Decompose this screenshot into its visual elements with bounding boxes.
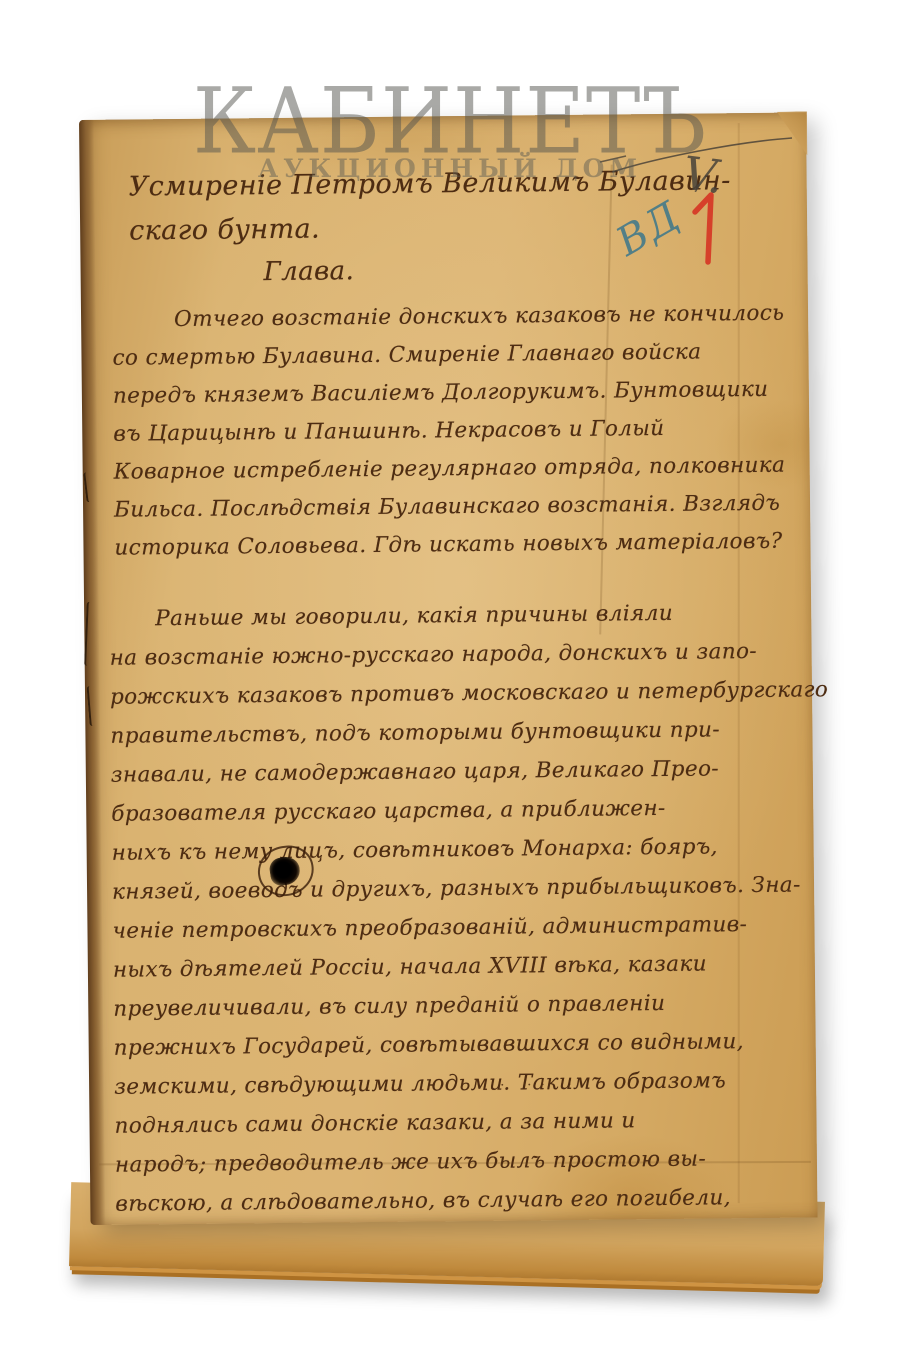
- manuscript-line: земскими, свѣдующими людьми. Такимъ обра…: [114, 1061, 778, 1107]
- summary-paragraph: Отчего возстаніе донскихъ казаковъ не ко…: [112, 295, 773, 568]
- manuscript-line: историка Соловьева. Гдѣ искать новыхъ ма…: [114, 523, 772, 568]
- body-paragraph: Раньше мы говорили, какія причины вліяли…: [109, 593, 779, 1224]
- manuscript-line: вѣскою, а слѣдовательно, въ случаѣ его п…: [115, 1178, 779, 1224]
- manuscript-title-line: скаго бунта.: [129, 203, 769, 254]
- manuscript-line: ныхъ дѣятелей Россіи, начала XVIII вѣка,…: [113, 944, 777, 990]
- manuscript-page: Усмиреніе Петромъ Великимъ Булавин- скаг…: [82, 112, 818, 1225]
- manuscript-line: знавали, не самодержавнаго царя, Великаг…: [111, 749, 775, 795]
- manuscript-line: передъ княземъ Василіемъ Долгорукимъ. Бу…: [113, 371, 771, 416]
- ink-blot: [268, 855, 302, 887]
- handwritten-text-block: Усмиреніе Петромъ Великимъ Булавин- скаг…: [82, 112, 818, 1224]
- insertion-marks: · ·· ·: [500, 1077, 581, 1094]
- chapter-heading: Глава.: [263, 247, 769, 292]
- manuscript-title-line: Усмиреніе Петромъ Великимъ Булавин-: [128, 159, 768, 210]
- manuscript-photo: Усмиреніе Петромъ Великимъ Булавин- скаг…: [0, 0, 900, 1350]
